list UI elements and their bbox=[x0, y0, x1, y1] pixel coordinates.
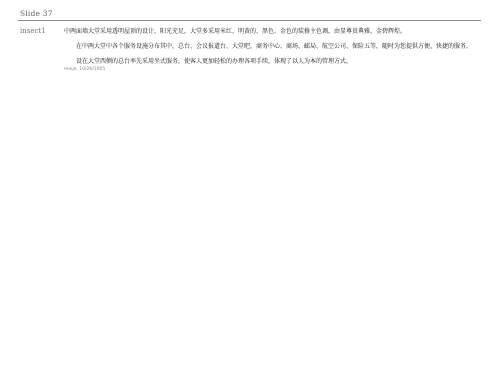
comment-paragraph: 中两面墙大堂采用透明屋顶的设计，阳光充足，大堂多采用米红、明黄的、黑色、金色的装… bbox=[64, 27, 484, 36]
comment-paragraph: 在中两大堂中各个服务设施分布其中，总台、会议报道台、大堂吧、商务中心、商场、邮局… bbox=[64, 42, 484, 51]
comment-paragraph: 设在大堂西侧的总台率先采用坐式服务，使客人更加轻松的办理各项手续，体现了以人为本… bbox=[64, 57, 484, 66]
comment-timestamp: meije, 10/26/2005 bbox=[64, 67, 484, 73]
divider bbox=[18, 20, 481, 21]
comment-body: 中两面墙大堂采用透明屋顶的设计，阳光充足，大堂多采用米红、明黄的、黑色、金色的装… bbox=[64, 27, 484, 73]
comment-author: insect1 bbox=[20, 27, 46, 35]
slide-title: Slide 37 bbox=[20, 9, 53, 18]
